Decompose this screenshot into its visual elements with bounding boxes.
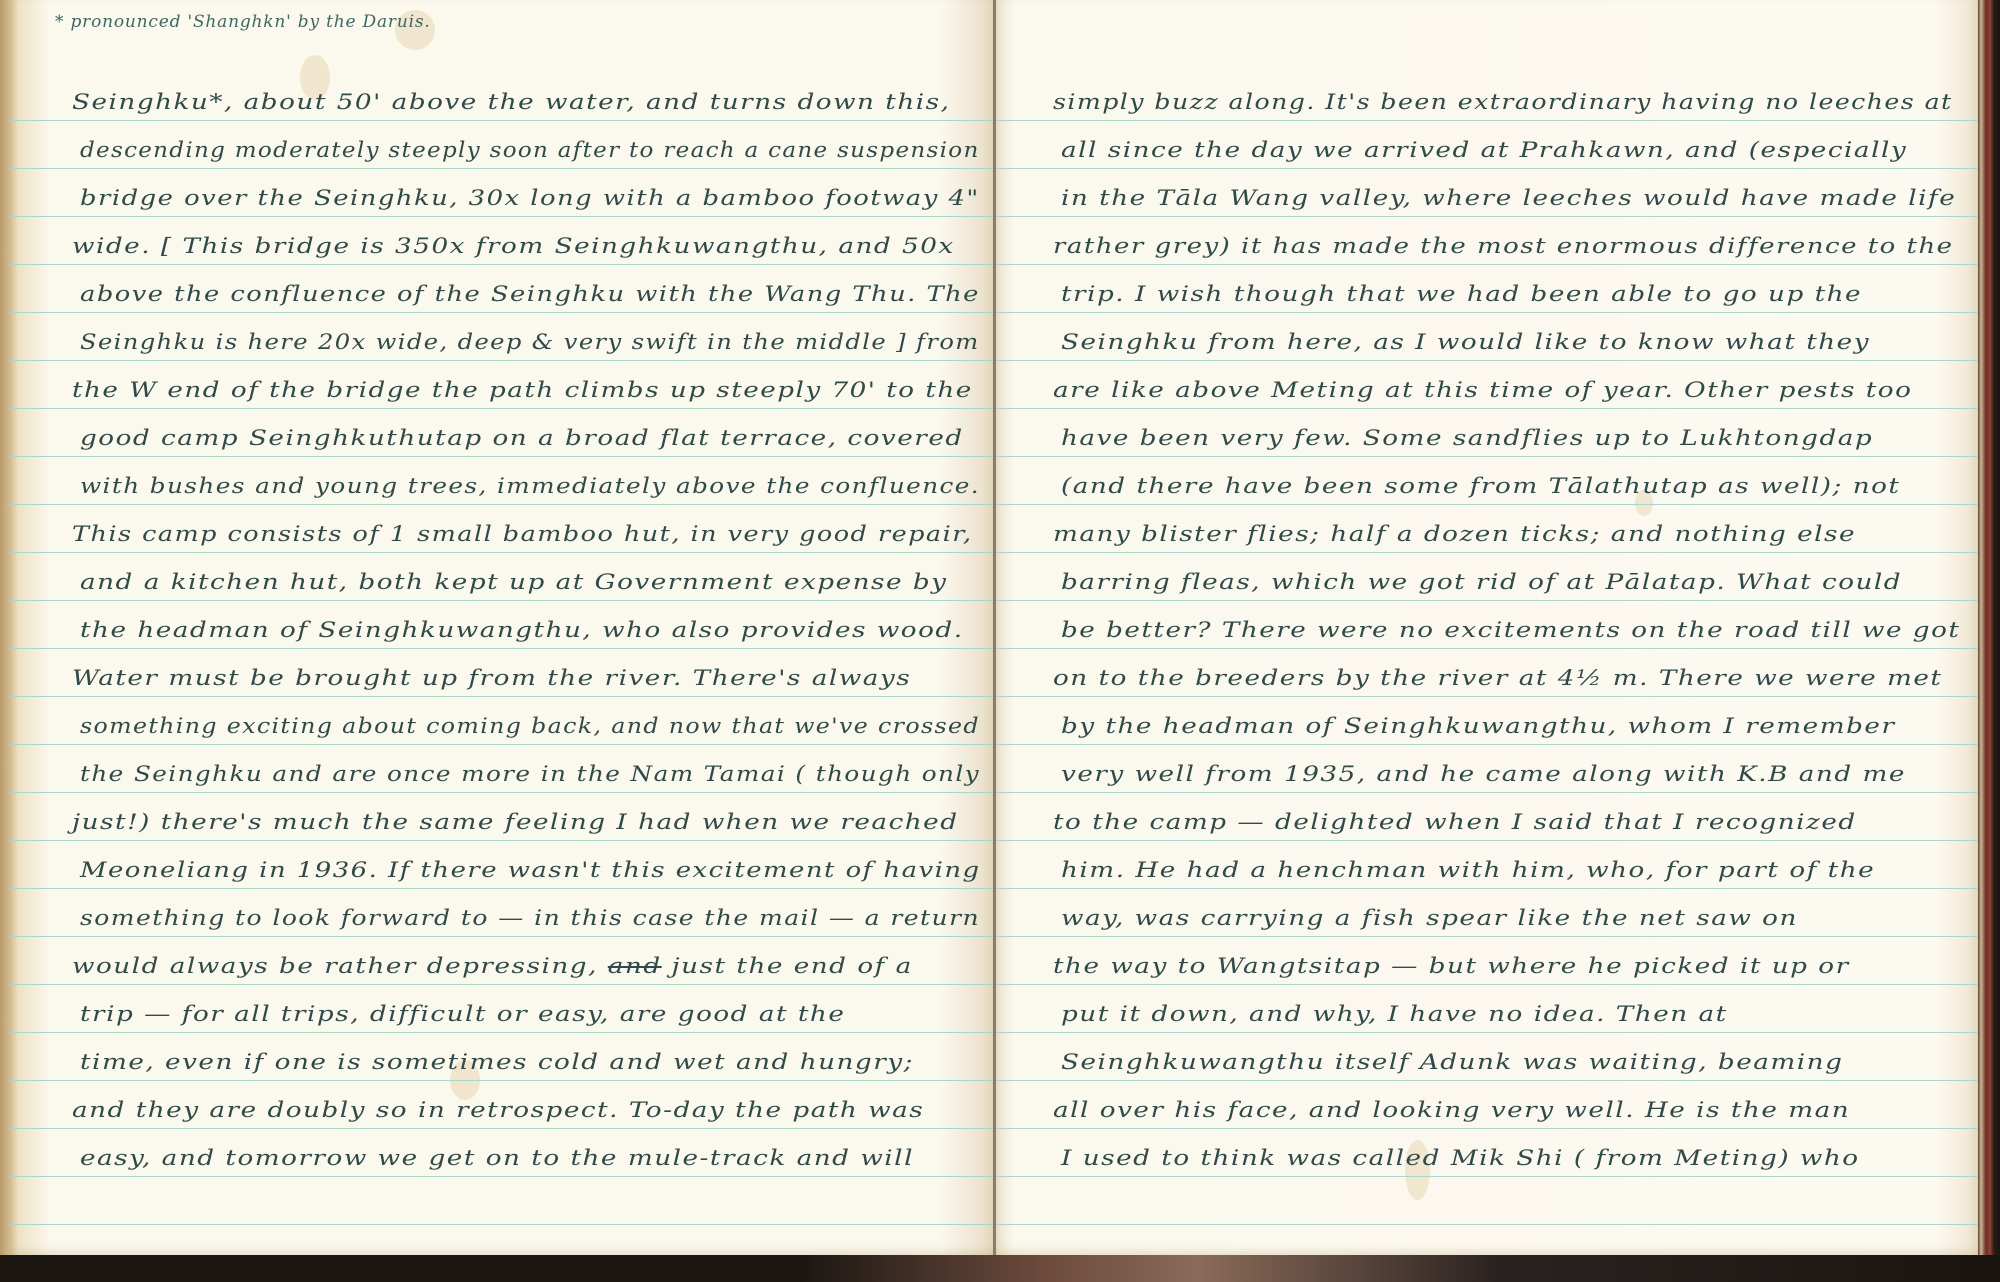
ruled-line <box>10 360 995 361</box>
handwritten-line: bridge over the Seinghku, 30x long with … <box>80 186 980 210</box>
handwritten-line: simply buzz along. It's been extraordina… <box>1053 90 1953 114</box>
ruled-line <box>995 1080 1980 1081</box>
ruled-line <box>995 552 1980 553</box>
ruled-line <box>10 216 995 217</box>
handwritten-line: put it down, and why, I have no idea. Th… <box>1061 1002 1728 1026</box>
handwritten-line: Seinghku from here, as I would like to k… <box>1061 330 1870 354</box>
right-cover-edge <box>1978 0 2000 1258</box>
ruled-line <box>10 696 995 697</box>
handwritten-line: I used to think was called Mik Shi ( fro… <box>1061 1146 1860 1170</box>
ruled-line <box>10 648 995 649</box>
ruled-line <box>10 984 995 985</box>
table-surface <box>0 1255 2000 1282</box>
ruled-line <box>10 888 995 889</box>
handwritten-line: on to the breeders by the river at 4½ m.… <box>1053 666 1942 690</box>
ruled-line <box>10 1128 995 1129</box>
handwritten-line: with bushes and young trees, immediately… <box>80 474 980 498</box>
ruled-line <box>995 1224 1980 1225</box>
ruled-line <box>10 264 995 265</box>
ruled-line <box>995 312 1980 313</box>
ruled-line <box>10 456 995 457</box>
handwritten-line: wide. [ This bridge is 350x from Seinghk… <box>72 234 955 258</box>
handwritten-line: many blister flies; half a dozen ticks; … <box>1053 522 1856 546</box>
struck-word: and <box>608 954 662 978</box>
ruled-line <box>10 744 995 745</box>
handwritten-line: Seinghku*, about 50' above the water, an… <box>72 90 950 114</box>
handwritten-line: the headman of Seinghkuwangthu, who also… <box>80 618 964 642</box>
handwritten-line: good camp Seinghkuthutap on a broad flat… <box>80 426 964 450</box>
ruled-line <box>10 1080 995 1081</box>
ruled-line <box>995 792 1980 793</box>
handwritten-line: and they are doubly so in retrospect. To… <box>72 1098 924 1122</box>
handwritten-line: would always be rather depressing, and j… <box>72 954 913 978</box>
handwritten-line: above the confluence of the Seinghku wit… <box>80 282 980 306</box>
handwritten-line: something exciting about coming back, an… <box>80 714 980 738</box>
handwritten-line: the W end of the bridge the path climbs … <box>72 378 973 402</box>
ruled-line <box>995 984 1980 985</box>
handwritten-line: time, even if one is sometimes cold and … <box>80 1050 914 1074</box>
ruled-line <box>10 600 995 601</box>
ruled-line <box>10 936 995 937</box>
handwritten-line: him. He had a henchman with him, who, fo… <box>1061 858 1875 882</box>
ruled-line <box>995 360 1980 361</box>
ruled-line <box>10 312 995 313</box>
handwritten-line: rather grey) it has made the most enormo… <box>1053 234 1954 258</box>
handwritten-line: all since the day we arrived at Prahkawn… <box>1061 138 1907 162</box>
handwritten-line: be better? There were no excitements on … <box>1061 618 1960 642</box>
ruled-line <box>995 408 1980 409</box>
handwritten-line: just!) there's much the same feeling I h… <box>72 810 959 834</box>
handwritten-line: all over his face, and looking very well… <box>1053 1098 1850 1122</box>
ruled-line <box>995 1176 1980 1177</box>
page-gutter <box>993 0 996 1258</box>
handwritten-line: to the camp — delighted when I said that… <box>1053 810 1857 834</box>
ruled-line <box>10 120 995 121</box>
handwritten-line: Seinghkuwangthu itself Adunk was waiting… <box>1061 1050 1843 1074</box>
ruled-line <box>995 648 1980 649</box>
ruled-line <box>995 120 1980 121</box>
ruled-line <box>995 840 1980 841</box>
ruled-line <box>995 888 1980 889</box>
notebook-spread: * pronounced 'Shanghkn' by the Daruis. S… <box>0 0 2000 1282</box>
handwritten-line: way, was carrying a fish spear like the … <box>1061 906 1798 930</box>
ruled-line <box>10 168 995 169</box>
ruled-line <box>995 696 1980 697</box>
handwritten-line: by the headman of Seinghkuwangthu, whom … <box>1061 714 1896 738</box>
handwritten-line: trip — for all trips, difficult or easy,… <box>80 1002 845 1026</box>
right-page: simply buzz along. It's been extraordina… <box>995 0 1980 1258</box>
handwritten-line: have been very few. Some sandflies up to… <box>1061 426 1873 450</box>
handwritten-line: something to look forward to — in this c… <box>80 906 980 930</box>
handwritten-line: trip. I wish though that we had been abl… <box>1061 282 1862 306</box>
ruled-line <box>10 1224 995 1225</box>
ruled-line <box>10 504 995 505</box>
handwritten-line: easy, and tomorrow we get on to the mule… <box>80 1146 914 1170</box>
ruled-line <box>10 408 995 409</box>
ruled-line <box>995 456 1980 457</box>
handwritten-line: Seinghku is here 20x wide, deep & very s… <box>80 330 980 354</box>
ruled-line <box>995 1128 1980 1129</box>
handwritten-line: Water must be brought up from the river.… <box>72 666 911 690</box>
ruled-line <box>10 1032 995 1033</box>
handwritten-line: descending moderately steeply soon after… <box>80 138 980 162</box>
ruled-line <box>10 552 995 553</box>
handwritten-line: barring fleas, which we got rid of at Pā… <box>1061 570 1902 594</box>
ruled-line <box>995 1032 1980 1033</box>
ruled-line <box>995 504 1980 505</box>
ruled-line <box>10 1176 995 1177</box>
footnote: * pronounced 'Shanghkn' by the Daruis. <box>55 12 431 32</box>
handwritten-line: This camp consists of 1 small bamboo hut… <box>72 522 973 546</box>
ruled-line <box>10 840 995 841</box>
handwritten-line: the way to Wangtsitap — but where he pic… <box>1053 954 1850 978</box>
handwritten-line: and a kitchen hut, both kept up at Gover… <box>80 570 948 594</box>
handwritten-line: Meoneliang in 1936. If there wasn't this… <box>80 858 981 882</box>
handwritten-line: in the Tāla Wang valley, where leeches w… <box>1061 186 1956 210</box>
ruled-line <box>995 744 1980 745</box>
handwritten-text: would always be rather depressing, <box>72 954 598 978</box>
handwritten-line: (and there have been some from Tālathuta… <box>1061 474 1900 498</box>
handwritten-line: the Seinghku and are once more in the Na… <box>80 762 980 786</box>
ruled-line <box>10 792 995 793</box>
left-page: * pronounced 'Shanghkn' by the Daruis. S… <box>10 0 995 1258</box>
ruled-line <box>995 168 1980 169</box>
ruled-line <box>995 216 1980 217</box>
handwritten-line: are like above Meting at this time of ye… <box>1053 378 1912 402</box>
handwritten-line: very well from 1935, and he came along w… <box>1061 762 1906 786</box>
ruled-line <box>995 936 1980 937</box>
ruled-line <box>995 264 1980 265</box>
handwritten-text: just the end of a <box>662 954 913 978</box>
ruled-line <box>995 600 1980 601</box>
